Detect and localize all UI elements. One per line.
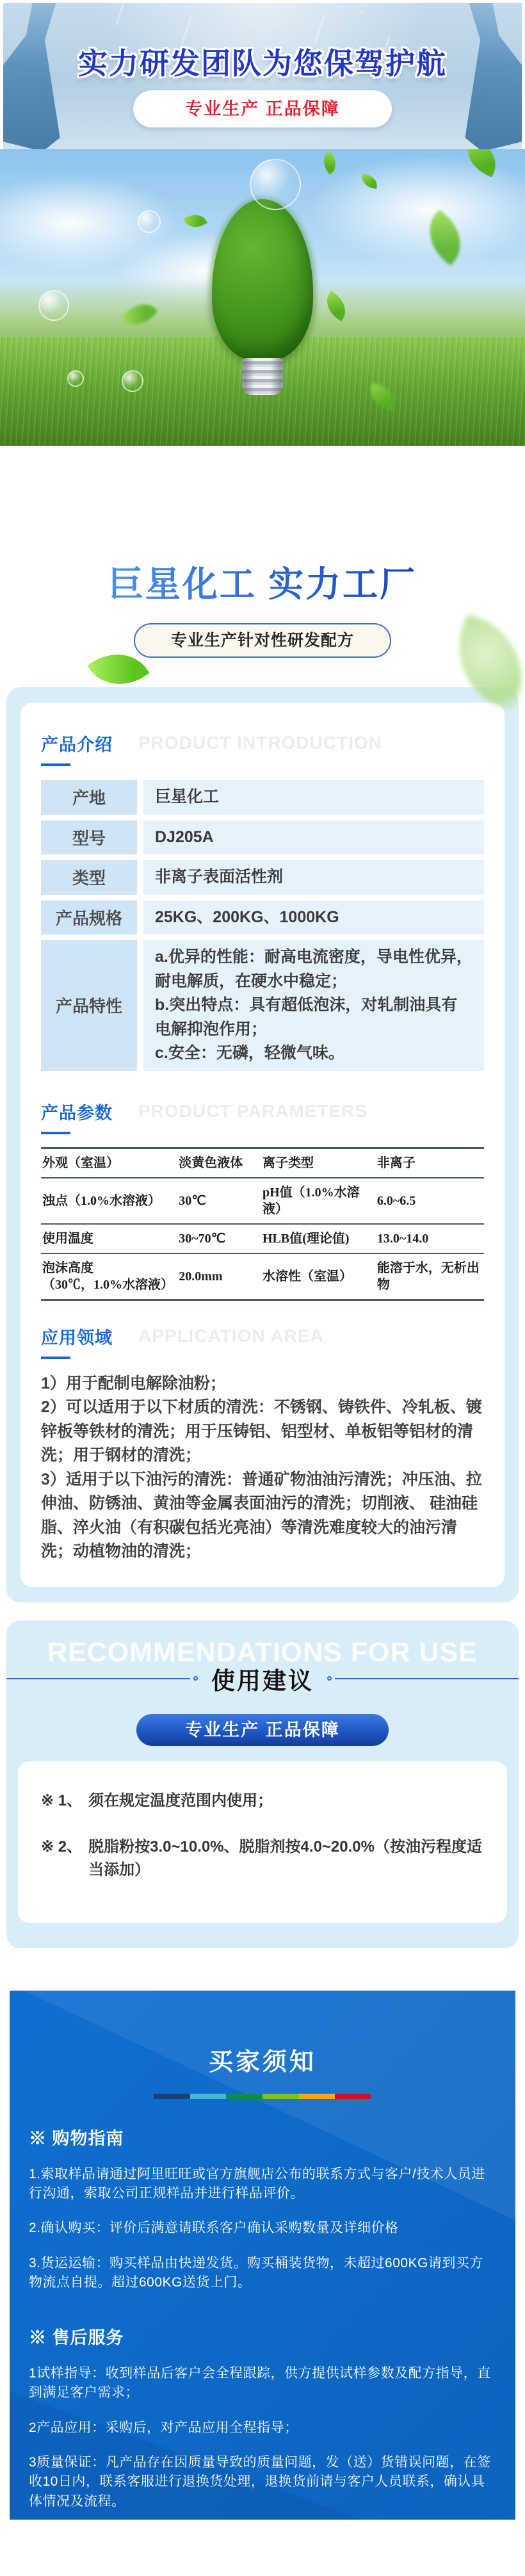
multicolor-bar xyxy=(154,2094,371,2099)
bubble-decoration xyxy=(122,370,143,392)
params-heading: 产品参数 xyxy=(41,1099,484,1124)
table-row: 外观（室温） 淡黄色液体 离子类型 非离子 xyxy=(41,1149,484,1177)
usage-title-row: 使用建议 xyxy=(6,1661,519,1696)
application-heading: 应用领域 xyxy=(41,1324,484,1349)
bubble-decoration xyxy=(138,210,161,233)
after-sales-heading: ※ 售后服务 xyxy=(29,2324,496,2349)
after-sales-item: 3质量保证：凡产品存在因质量导致的质量问题，发（送）货错误问题，在签收10日内，… xyxy=(29,2453,496,2511)
row-value: DJ205A xyxy=(143,820,484,855)
intro-section-header: PRODUCT INTRODUCTION 产品介绍 xyxy=(41,731,484,766)
bar-segment xyxy=(335,2094,371,2099)
dot-decoration xyxy=(193,1676,198,1681)
application-section-header: APPLICATION AREA 应用领域 xyxy=(41,1324,484,1359)
application-line: 1）用于配制电解除油粉； xyxy=(41,1372,484,1396)
table-row: 浊点（1.0%水溶液） 30℃ pH值（1.0%水溶液） 6.0~6.5 xyxy=(41,1177,484,1223)
param-name: 水溶性（室温） xyxy=(262,1268,377,1285)
param-name: 外观（室温） xyxy=(42,1155,179,1171)
top-banner: 实力研发团队为您保驾护航 专业生产 正品保障 xyxy=(3,3,522,149)
product-info-card: PRODUCT INTRODUCTION 产品介绍 产地 巨星化工 型号 DJ2… xyxy=(20,703,505,1587)
hero-image xyxy=(0,149,525,446)
dot-decoration xyxy=(327,1676,332,1681)
shopping-guide-heading: ※ 购物指南 xyxy=(29,2124,496,2149)
usage-title: 使用建议 xyxy=(211,1661,314,1696)
application-text: 1）用于配制电解除油粉； 2）可以适用于以下材质的清洗：不锈钢、铸铁件、冷轧板、… xyxy=(41,1372,484,1564)
row-label: 产品规格 xyxy=(41,901,137,935)
note-marker: ※ 1、 xyxy=(41,1789,82,1813)
application-line: 3）适用于以下油污的清洗：普通矿物油油污清洗；冲压油、拉伸油、防锈油、黄油等金属… xyxy=(41,1468,484,1564)
product-detail-page: 实力研发团队为您保驾护航 专业生产 正品保障 巨星化工 实力工厂 专业生产针对性… xyxy=(0,3,525,2576)
note-text: 须在规定温度范围内使用； xyxy=(88,1789,273,1813)
table-row: 产地 巨星化工 xyxy=(41,780,484,815)
row-label: 类型 xyxy=(41,860,137,895)
note-text: 脱脂粉按3.0~10.0%、脱脂剂按4.0~20.0%（按油污程度适当添加） xyxy=(88,1836,484,1882)
usage-card: ※ 1、 须在规定温度范围内使用； ※ 2、 脱脂粉按3.0~10.0%、脱脂剂… xyxy=(18,1761,507,1923)
row-label: 型号 xyxy=(41,820,137,855)
param-name: 浊点（1.0%水溶液） xyxy=(42,1193,179,1209)
param-value: 6.0~6.5 xyxy=(377,1193,483,1209)
intro-heading: 产品介绍 xyxy=(41,731,484,756)
after-sales-item: 2产品应用：采购后，对产品应用全程指导； xyxy=(29,2418,496,2438)
divider-line xyxy=(335,1678,519,1679)
param-name: HLB值(理论值) xyxy=(262,1230,377,1247)
product-info-band: PRODUCT INTRODUCTION 产品介绍 产地 巨星化工 型号 DJ2… xyxy=(6,687,519,1602)
param-name: 泡沫高度 （30℃，1.0%水溶液） xyxy=(42,1260,179,1293)
param-name: 使用温度 xyxy=(42,1230,179,1247)
buyer-title: 买家须知 xyxy=(29,2042,496,2077)
param-value: 20.0mm xyxy=(179,1268,262,1285)
usage-section: RECOMMENDATIONS FOR USE 使用建议 专业生产 正品保障 ※… xyxy=(6,1620,519,1948)
application-line: 2）可以适用于以下材质的清洗：不锈钢、铸铁件、冷轧板、镀锌板等铁材的清洗；用于压… xyxy=(41,1396,484,1468)
intro-table: 产地 巨星化工 型号 DJ205A 类型 非离子表面活性剂 产品规格 25KG、… xyxy=(41,780,484,1071)
bubble-decoration xyxy=(250,159,301,210)
bar-segment xyxy=(262,2094,299,2099)
table-row: 产品规格 25KG、200KG、1000KG xyxy=(41,901,484,935)
bar-segment xyxy=(190,2094,227,2099)
table-row: 型号 DJ205A xyxy=(41,820,484,855)
bar-segment xyxy=(299,2094,335,2099)
param-value: 非离子 xyxy=(377,1155,483,1171)
leaf-decoration xyxy=(183,209,207,232)
table-row: 产品特性 a.优异的性能：耐高电流密度，导电性优异，耐电解质，在硬水中稳定； b… xyxy=(41,940,484,1071)
heading-underline xyxy=(41,1132,70,1134)
shopping-guide-item: 3.货运运输：购买样品由快递发货。购买桶装货物，未超过600KG请到买方物流点自… xyxy=(29,2254,496,2293)
row-value: a.优异的性能：耐高电流密度，导电性优异，耐电解质，在硬水中稳定； b.突出特点… xyxy=(143,940,484,1071)
bar-segment xyxy=(226,2094,262,2099)
row-label: 产品特性 xyxy=(41,940,137,1071)
heading-underline xyxy=(41,1357,70,1359)
usage-note: ※ 1、 须在规定温度范围内使用； xyxy=(41,1789,484,1813)
lightbulb-screw-base xyxy=(242,358,283,395)
bubble-decoration xyxy=(38,290,69,321)
table-row: 类型 非离子表面活性剂 xyxy=(41,860,484,895)
after-sales-item: 1试样指导：收到样品后客户会全程跟踪，供方提供试样参数及配方指导，直到满足客户需… xyxy=(29,2364,496,2403)
row-value: 25KG、200KG、1000KG xyxy=(143,901,484,935)
factory-title: 巨星化工 实力工厂 xyxy=(108,556,417,607)
params-section-header: PRODUCT PARAMETERS 产品参数 xyxy=(41,1099,484,1134)
factory-section: 巨星化工 实力工厂 专业生产针对性研发配方 xyxy=(0,556,525,658)
shopping-guide-item: 2.确认购买：评价后满意请联系客户确认采购数量及详细价格 xyxy=(29,2219,496,2238)
table-row: 使用温度 30~70℃ HLB值(理论值) 13.0~14.0 xyxy=(41,1223,484,1253)
heading-underline xyxy=(41,763,70,766)
bubble-decoration xyxy=(67,370,84,387)
usage-badge: 专业生产 正品保障 xyxy=(136,1714,389,1746)
param-value: 能溶于水，无析出物 xyxy=(377,1260,483,1293)
factory-subtitle-badge: 专业生产针对性研发配方 xyxy=(134,623,391,658)
param-name: 离子类型 xyxy=(262,1155,377,1171)
param-value: 30℃ xyxy=(179,1193,262,1209)
bottom-whitespace xyxy=(0,2520,525,2576)
table-row: 泡沫高度 （30℃，1.0%水溶液） 20.0mm 水溶性（室温） 能溶于水，无… xyxy=(41,1253,484,1299)
params-table: 外观（室温） 淡黄色液体 离子类型 非离子 浊点（1.0%水溶液） 30℃ pH… xyxy=(41,1147,484,1301)
leaf-decoration xyxy=(318,151,341,174)
usage-note: ※ 2、 脱脂粉按3.0~10.0%、脱脂剂按4.0~20.0%（按油污程度适当… xyxy=(41,1836,484,1882)
note-marker: ※ 2、 xyxy=(41,1836,82,1882)
banner-badge: 专业生产 正品保障 xyxy=(133,90,392,127)
param-value: 淡黄色液体 xyxy=(179,1155,262,1171)
row-label: 产地 xyxy=(41,780,137,815)
param-name: pH值（1.0%水溶液） xyxy=(262,1184,377,1218)
bar-segment xyxy=(154,2094,190,2099)
divider-line xyxy=(6,1678,190,1679)
row-value: 巨星化工 xyxy=(143,780,484,815)
factory-subtitle-wrap: 专业生产针对性研发配方 xyxy=(134,623,391,658)
buyer-notice-section: 买家须知 ※ 购物指南 1.索取样品请通过阿里旺旺或官方旗舰店公布的联系方式与客… xyxy=(10,1991,515,2520)
banner-title: 实力研发团队为您保驾护航 xyxy=(3,40,522,83)
row-value: 非离子表面活性剂 xyxy=(143,860,484,895)
shopping-guide-item: 1.索取样品请通过阿里旺旺或官方旗舰店公布的联系方式与客户/技术人员进行沟通，索… xyxy=(29,2165,496,2204)
param-value: 30~70℃ xyxy=(179,1230,262,1247)
param-value: 13.0~14.0 xyxy=(377,1230,483,1247)
